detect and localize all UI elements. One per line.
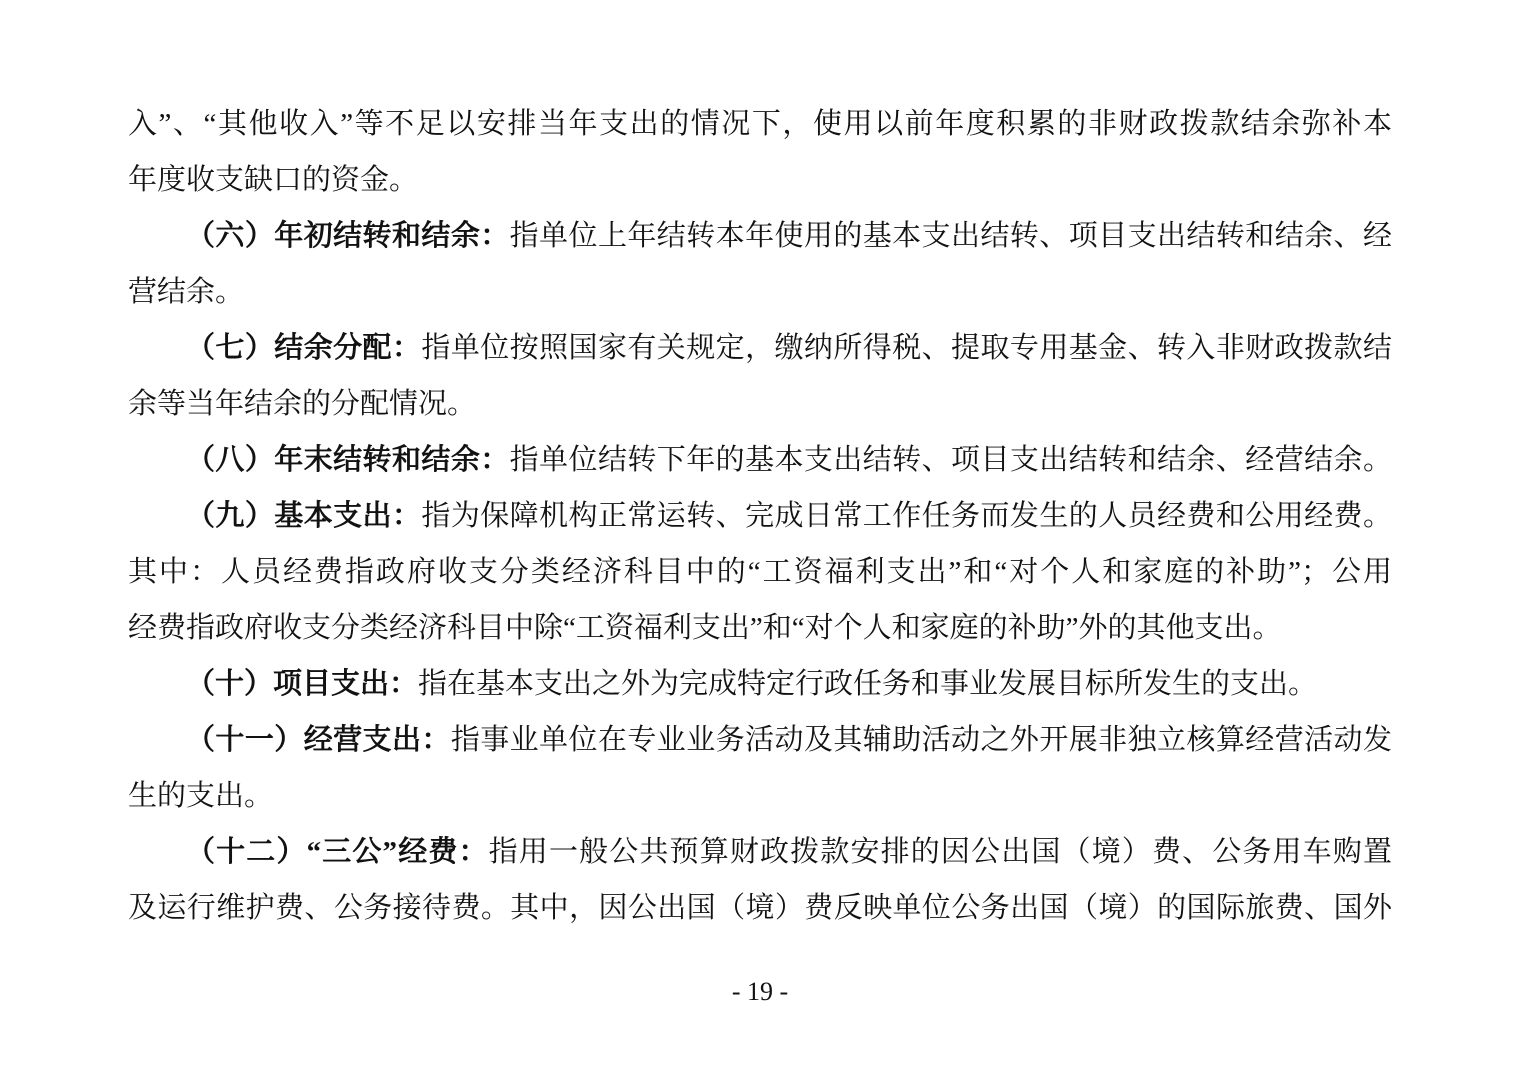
document-body: 入”、“其他收入”等不足以安排当年支出的情况下，使用以前年度积累的非财政拨款结余… [128,96,1392,936]
text-segment: 入”、“其他收入”等不足以安排当年支出的情况下，使用以前年度积累的非财政拨款结余… [128,108,1392,140]
term-label: （十一）经营支出： [186,724,451,756]
text-line: 及运行维护费、公务接待费。其中，因公出国（境）费反映单位公务出国（境）的国际旅费… [128,880,1392,936]
text-segment: 指用一般公共预算财政拨款安排的因公出国（境）费、公务用车购置 [489,836,1392,868]
page-number: - 19 - [0,976,1520,1008]
text-segment: 指事业单位在专业业务活动及其辅助活动之外开展非独立核算经营活动发 [451,724,1392,756]
term-label: （十）项目支出： [186,668,418,700]
term-label: （六）年初结转和结余： [186,220,510,252]
text-segment: 生的支出。 [128,780,273,812]
text-line: 入”、“其他收入”等不足以安排当年支出的情况下，使用以前年度积累的非财政拨款结余… [128,96,1392,152]
para-term-7: （七）结余分配：指单位按照国家有关规定，缴纳所得税、提取专用基金、转入非财政拨款… [128,320,1392,432]
text-line: 营结余。 [128,264,1392,320]
para-continuation: 入”、“其他收入”等不足以安排当年支出的情况下，使用以前年度积累的非财政拨款结余… [128,96,1392,208]
text-segment: 指在基本支出之外为完成特定行政任务和事业发展目标所发生的支出。 [418,668,1317,700]
text-line: 年度收支缺口的资金。 [128,152,1392,208]
text-segment: 经费指政府收支分类经济科目中除“工资福利支出”和“对个人和家庭的补助”外的其他支… [128,612,1282,644]
text-line: （六）年初结转和结余：指单位上年结转本年使用的基本支出结转、项目支出结转和结余、… [128,208,1392,264]
text-segment: 营结余。 [128,276,244,308]
text-line: （十一）经营支出：指事业单位在专业业务活动及其辅助活动之外开展非独立核算经营活动… [128,712,1392,768]
term-label: （九）基本支出： [186,500,421,532]
text-line: 生的支出。 [128,768,1392,824]
para-term-12: （十二）“三公”经费：指用一般公共预算财政拨款安排的因公出国（境）费、公务用车购… [128,824,1392,936]
para-term-8: （八）年末结转和结余：指单位结转下年的基本支出结转、项目支出结转和结余、经营结余… [128,432,1392,488]
text-line: 经费指政府收支分类经济科目中除“工资福利支出”和“对个人和家庭的补助”外的其他支… [128,600,1392,656]
text-segment: 其中：人员经费指政府收支分类经济科目中的“工资福利支出”和“对个人和家庭的补助”… [128,556,1392,588]
term-label: （十二）“三公”经费： [186,836,489,868]
document-page: 入”、“其他收入”等不足以安排当年支出的情况下，使用以前年度积累的非财政拨款结余… [0,0,1520,1074]
text-segment: 指单位结转下年的基本支出结转、项目支出结转和结余、经营结余。 [510,444,1392,476]
text-line: （九）基本支出：指为保障机构正常运转、完成日常工作任务而发生的人员经费和公用经费… [128,488,1392,544]
term-label: （八）年末结转和结余： [186,444,510,476]
text-segment: 指单位按照国家有关规定，缴纳所得税、提取专用基金、转入非财政拨款结 [421,332,1392,364]
para-term-11: （十一）经营支出：指事业单位在专业业务活动及其辅助活动之外开展非独立核算经营活动… [128,712,1392,824]
text-line: （十）项目支出：指在基本支出之外为完成特定行政任务和事业发展目标所发生的支出。 [128,656,1392,712]
text-segment: 指单位上年结转本年使用的基本支出结转、项目支出结转和结余、经 [510,220,1392,252]
term-label: （七）结余分配： [186,332,421,364]
text-segment: 指为保障机构正常运转、完成日常工作任务而发生的人员经费和公用经费。 [421,500,1392,532]
text-line: 余等当年结余的分配情况。 [128,376,1392,432]
text-line: （十二）“三公”经费：指用一般公共预算财政拨款安排的因公出国（境）费、公务用车购… [128,824,1392,880]
text-line: （七）结余分配：指单位按照国家有关规定，缴纳所得税、提取专用基金、转入非财政拨款… [128,320,1392,376]
text-segment: 年度收支缺口的资金。 [128,164,418,196]
text-line: 其中：人员经费指政府收支分类经济科目中的“工资福利支出”和“对个人和家庭的补助”… [128,544,1392,600]
text-segment: 余等当年结余的分配情况。 [128,388,476,420]
text-line: （八）年末结转和结余：指单位结转下年的基本支出结转、项目支出结转和结余、经营结余… [128,432,1392,488]
para-term-10: （十）项目支出：指在基本支出之外为完成特定行政任务和事业发展目标所发生的支出。 [128,656,1392,712]
text-segment: 及运行维护费、公务接待费。其中，因公出国（境）费反映单位公务出国（境）的国际旅费… [128,892,1392,924]
para-term-9: （九）基本支出：指为保障机构正常运转、完成日常工作任务而发生的人员经费和公用经费… [128,488,1392,656]
para-term-6: （六）年初结转和结余：指单位上年结转本年使用的基本支出结转、项目支出结转和结余、… [128,208,1392,320]
